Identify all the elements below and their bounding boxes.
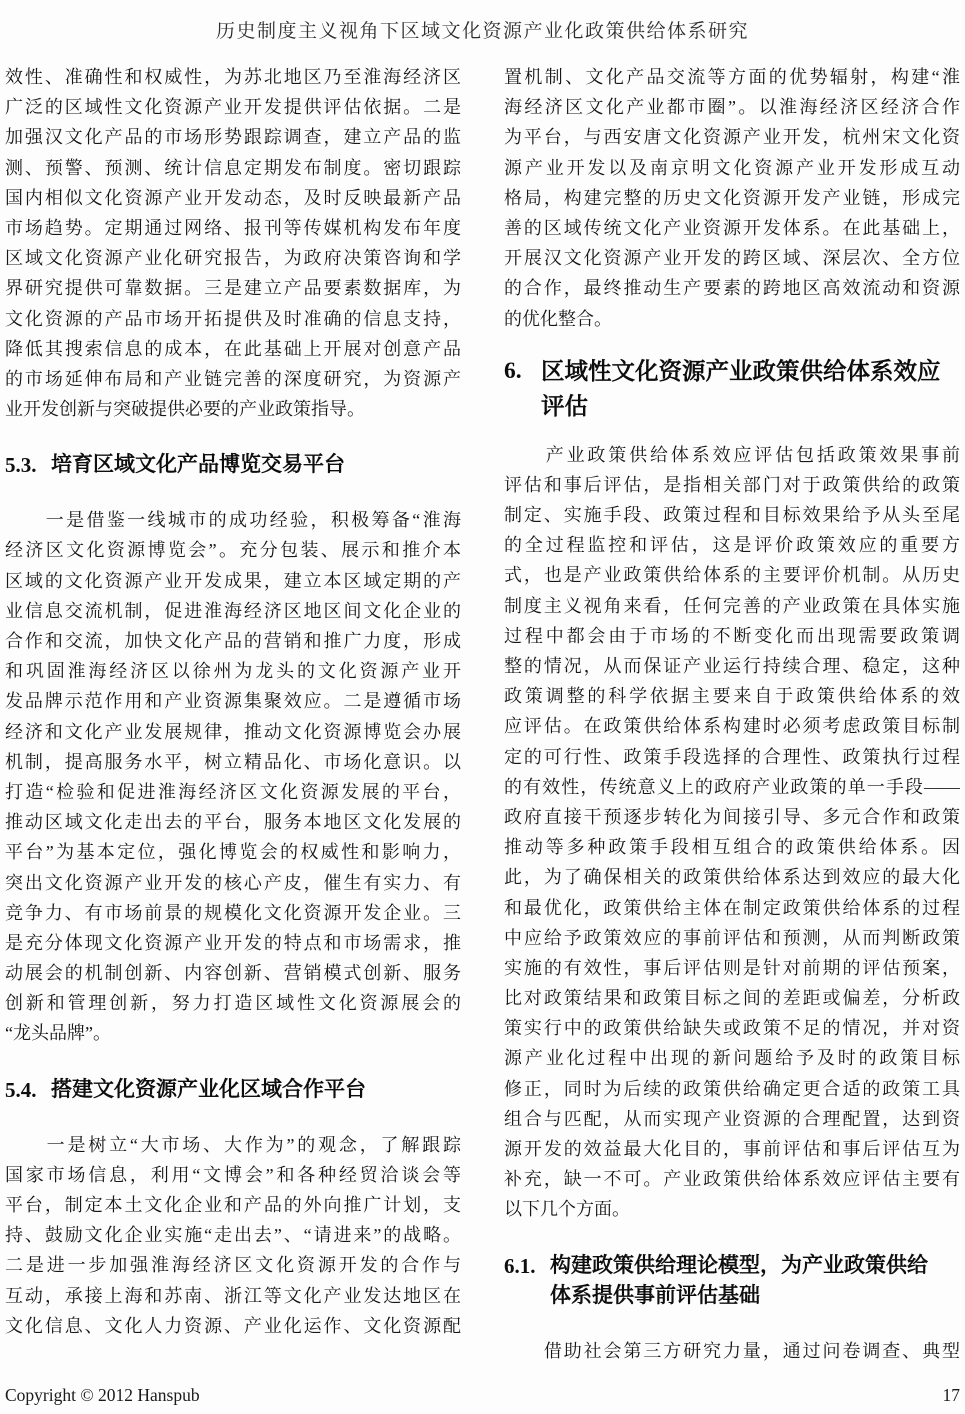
section-title-line: 区域性文化资源产业政策供给体系效应	[541, 354, 960, 389]
text-line: 政府直接干预逐步转化为间接引导、多元合作和政策	[504, 802, 960, 832]
text-line: 此，为了确保相关的政策供给体系达到效应的最大化	[504, 862, 960, 892]
text-line: 政策调整的科学依据主要来自于政策供给体系的效	[504, 681, 960, 711]
text-line: 平台”为基本定位，强化博览会的权威性和影响力，	[5, 837, 461, 867]
paragraph: 一是借鉴一线城市的成功经验，积极筹备“淮海经济区文化资源博览会”。充分包装、展示…	[5, 505, 461, 1048]
text-line: 经济和文化产业发展规律，推动文化资源博览会办展	[5, 717, 461, 747]
text-line: 打造“检验和促进淮海经济区文化资源发展的平台，	[5, 777, 461, 807]
section-number: 5.4.	[5, 1075, 51, 1105]
section-title-line: 构建政策供给理论模型，为产业政策供给	[550, 1251, 960, 1281]
text-line: 持、鼓励文化企业实施“走出去”、“请进来”的战略。	[5, 1220, 461, 1250]
text-line: 产业政策供给体系效应评估包括政策效果事前	[504, 440, 960, 470]
text-line: 文化资源的产品市场开拓提供及时准确的信息支持，	[5, 304, 461, 334]
text-line: 经济区文化资源博览会”。充分包装、展示和推介本	[5, 535, 461, 565]
text-line: 善的区域传统文化产业资源开发体系。在此基础上，	[504, 213, 960, 243]
text-line: 业开发创新与突破提供必要的产业政策指导。	[5, 394, 461, 424]
section-heading: 6.区域性文化资源产业政策供给体系效应评估	[504, 354, 960, 424]
text-line: 源产业开发以及南京明文化资源产业开发形成互动	[504, 153, 960, 183]
text-line: 加强汉文化产品的市场形势跟踪调查，建立产品的监	[5, 122, 461, 152]
text-line: 中应给予政策效应的事前评估和预测，从而判断政策	[504, 923, 960, 953]
text-line: 互动，承接上海和苏南、浙江等文化产业发达地区在	[5, 1281, 461, 1311]
text-line: 界研究提供可靠数据。三是建立产品要素数据库，为	[5, 273, 461, 303]
text-line: 机制，提高服务水平，树立精品化、市场化意识。以	[5, 747, 461, 777]
text-line: 的合作，最终推动生产要素的跨地区高效流动和资源	[504, 273, 960, 303]
text-line: 区域的文化资源产业开发成果，建立本区域定期的产	[5, 566, 461, 596]
text-line: 突出文化资源产业开发的核心产皮，催生有实力、有	[5, 868, 461, 898]
section-title-line: 培育区域文化产品博览交易平台	[51, 450, 461, 480]
text-line: 合作和交流，加快文化产品的营销和推广力度，形成	[5, 626, 461, 656]
text-line: 格局，构建完整的历史文化资源开发产业链，形成完	[504, 183, 960, 213]
section-heading: 6.1.构建政策供给理论模型，为产业政策供给体系提供事前评估基础	[504, 1251, 960, 1311]
section-title-line: 体系提供事前评估基础	[550, 1281, 960, 1311]
text-line: 实施的有效性，事后评估则是针对前期的评估预案，	[504, 953, 960, 983]
text-line: 二是进一步加强淮海经济区文化资源开发的合作与	[5, 1250, 461, 1280]
text-line: 发品牌示范作用和产业资源集聚效应。二是遵循市场	[5, 686, 461, 716]
text-line: 推动区域文化走出去的平台，服务本地区文化发展的	[5, 807, 461, 837]
text-line: “龙头品牌”。	[5, 1018, 461, 1048]
text-line: 过程中都会由于市场的不断变化而出现需要政策调	[504, 621, 960, 651]
text-line: 业信息交流机制，促进淮海经济区地区间文化企业的	[5, 596, 461, 626]
text-line: 区域文化资源产业化研究报告，为政府决策咨询和学	[5, 243, 461, 273]
text-line: 海经济区文化产业都市圈”。以淮海经济区经济合作	[504, 92, 960, 122]
text-line: 的优化整合。	[504, 304, 960, 334]
text-line: 源开发的效益最大化目的，事前评估和事后评估互为	[504, 1134, 960, 1164]
text-line: 借助社会第三方研究力量，通过问卷调查、典型	[504, 1336, 960, 1366]
text-line: 开展汉文化资源产业开发的跨区域、深层次、全方位	[504, 243, 960, 273]
text-line: 整的情况，从而保证产业运行持续合理、稳定，这种	[504, 651, 960, 681]
text-line: 评估和事后评估，是指相关部门对于政策供给的政策	[504, 470, 960, 500]
section-number: 6.1.	[504, 1251, 550, 1281]
right-column: 置机制、文化产品交流等方面的优势辐射，构建“淮海经济区文化产业都市圈”。以淮海经…	[504, 62, 960, 1366]
page-number: 17	[943, 1384, 961, 1406]
text-line: 定的可行性、政策手段选择的合理性、政策执行过程	[504, 742, 960, 772]
text-line: 动展会的机制创新、内容创新、营销模式创新、服务	[5, 958, 461, 988]
two-column-layout: 效性、准确性和权威性，为苏北地区乃至淮海经济区广泛的区域性文化资源产业开发提供评…	[5, 62, 960, 1366]
text-line: 的市场延伸布局和产业链完善的深度研究，为资源产	[5, 364, 461, 394]
section-number: 5.3.	[5, 450, 51, 480]
section-title: 区域性文化资源产业政策供给体系效应评估	[541, 354, 960, 424]
paragraph: 效性、准确性和权威性，为苏北地区乃至淮海经济区广泛的区域性文化资源产业开发提供评…	[5, 62, 461, 424]
left-column: 效性、准确性和权威性，为苏北地区乃至淮海经济区广泛的区域性文化资源产业开发提供评…	[5, 62, 461, 1366]
text-line: 策实行中的政策供给缺失或政策不足的情况，并对资	[504, 1013, 960, 1043]
text-line: 比对政策结果和政策目标之间的差距或偏差，分析政	[504, 983, 960, 1013]
section-number: 6.	[504, 354, 541, 389]
text-line: 的有效性，传统意义上的政府产业政策的单一手段——	[504, 772, 960, 802]
copyright-text: Copyright © 2012 Hanspub	[5, 1384, 200, 1406]
text-line: 补充，缺一不可。产业政策供给体系效应评估主要有	[504, 1164, 960, 1194]
section-heading: 5.4.搭建文化资源产业化区域合作平台	[5, 1075, 461, 1105]
text-line: 和最优化，政策供给主体在制定政策供给体系的过程	[504, 893, 960, 923]
text-line: 一是借鉴一线城市的成功经验，积极筹备“淮海	[5, 505, 461, 535]
text-line: 一是树立“大市场、大作为”的观念，了解跟踪	[5, 1130, 461, 1160]
text-line: 效性、准确性和权威性，为苏北地区乃至淮海经济区	[5, 62, 461, 92]
text-line: 降低其搜索信息的成本，在此基础上开展对创意产品	[5, 334, 461, 364]
section-title: 搭建文化资源产业化区域合作平台	[51, 1075, 461, 1105]
text-line: 平台，制定本土文化企业和产品的外向推广计划，支	[5, 1190, 461, 1220]
text-line: 应评估。在政策供给体系构建时必须考虑政策目标制	[504, 711, 960, 741]
paragraph: 借助社会第三方研究力量，通过问卷调查、典型	[504, 1336, 960, 1366]
text-line: 式，也是产业政策供给体系的主要评价机制。从历史	[504, 560, 960, 590]
running-title: 历史制度主义视角下区域文化资源产业化政策供给体系研究	[5, 21, 960, 43]
paragraph: 产业政策供给体系效应评估包括政策效果事前评估和事后评估，是指相关部门对于政策供给…	[504, 440, 960, 1225]
paragraph: 一是树立“大市场、大作为”的观念，了解跟踪国家市场信息，利用“文博会”和各种经贸…	[5, 1130, 461, 1341]
text-line: 市场趋势。定期通过网络、报刊等传媒机构发布年度	[5, 213, 461, 243]
text-line: 文化信息、文化人力资源、产业化运作、文化资源配	[5, 1311, 461, 1341]
text-line: 测、预警、预测、统计信息定期发布制度。密切跟踪	[5, 153, 461, 183]
paragraph: 置机制、文化产品交流等方面的优势辐射，构建“淮海经济区文化产业都市圈”。以淮海经…	[504, 62, 960, 334]
document-page: 历史制度主义视角下区域文化资源产业化政策供给体系研究 效性、准确性和权威性，为苏…	[0, 0, 965, 1414]
page-header: 历史制度主义视角下区域文化资源产业化政策供给体系研究	[5, 0, 960, 62]
section-title-line: 评估	[541, 389, 960, 424]
text-line: 源产业化过程中出现的新问题给予及时的政策目标	[504, 1043, 960, 1073]
text-line: 以下几个方面。	[504, 1194, 960, 1224]
text-line: 是充分体现文化资源产业开发的特点和市场需求，推	[5, 928, 461, 958]
page-footer: Copyright © 2012 Hanspub 17	[5, 1384, 960, 1406]
section-title: 构建政策供给理论模型，为产业政策供给体系提供事前评估基础	[550, 1251, 960, 1311]
text-line: 制定、实施手段、政策过程和目标效果给予从头至尾	[504, 500, 960, 530]
text-line: 为平台，与西安唐文化资源产业开发，杭州宋文化资	[504, 122, 960, 152]
text-line: 创新和管理创新，努力打造区域性文化资源展会的	[5, 988, 461, 1018]
section-title-line: 搭建文化资源产业化区域合作平台	[51, 1075, 461, 1105]
text-line: 广泛的区域性文化资源产业开发提供评估依据。二是	[5, 92, 461, 122]
text-line: 组合与匹配，从而实现产业资源的合理配置，达到资	[504, 1104, 960, 1134]
text-line: 置机制、文化产品交流等方面的优势辐射，构建“淮	[504, 62, 960, 92]
text-line: 竞争力、有市场前景的规模化文化资源开发企业。三	[5, 898, 461, 928]
text-line: 修正，同时为后续的政策供给确定更合适的政策工具	[504, 1074, 960, 1104]
text-line: 和巩固淮海经济区以徐州为龙头的文化资源产业开	[5, 656, 461, 686]
text-line: 制度主义视角来看，任何完善的产业政策在具体实施	[504, 591, 960, 621]
text-line: 的全过程监控和评估，这是评价政策效应的重要方	[504, 530, 960, 560]
text-line: 推动等多种政策手段相互组合的政策供给体系。因	[504, 832, 960, 862]
text-line: 国内相似文化资源产业开发动态，及时反映最新产品	[5, 183, 461, 213]
text-line: 国家市场信息，利用“文博会”和各种经贸洽谈会等	[5, 1160, 461, 1190]
section-title: 培育区域文化产品博览交易平台	[51, 450, 461, 480]
section-heading: 5.3.培育区域文化产品博览交易平台	[5, 450, 461, 480]
